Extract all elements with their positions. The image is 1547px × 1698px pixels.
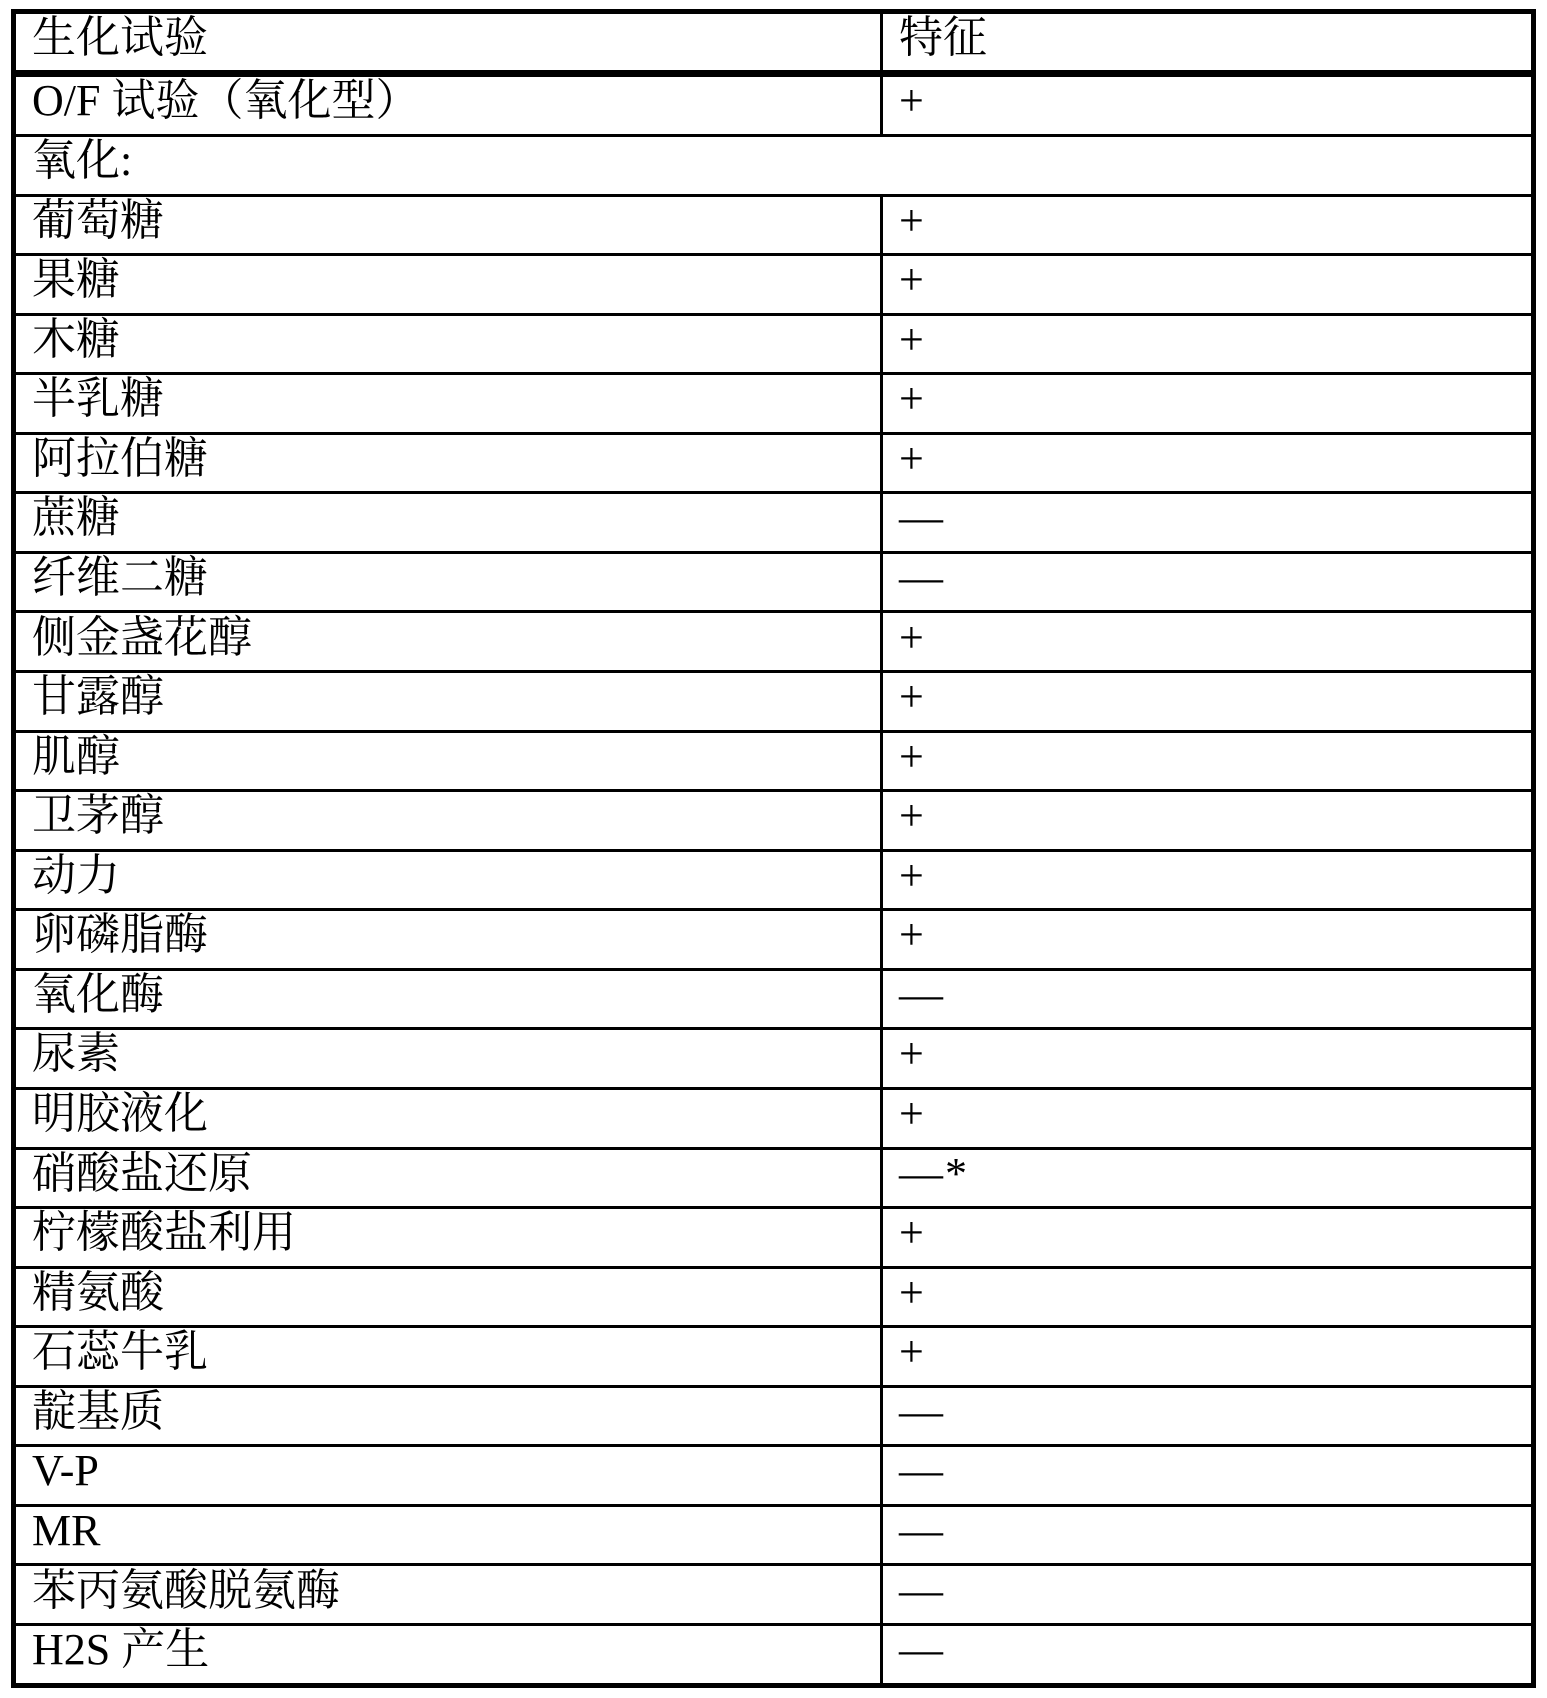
- test-name-cell: 精氨酸: [14, 1267, 882, 1327]
- biochemical-test-table: 生化试验 特征 O/F 试验（氧化型）+氧化:葡萄糖+果糖+木糖+半乳糖+阿拉伯…: [11, 9, 1536, 1688]
- table-row: 肌醇+: [14, 731, 1534, 791]
- test-name-cell: 半乳糖: [14, 374, 882, 434]
- table-row: 半乳糖+: [14, 374, 1534, 434]
- result-value-cell: —: [882, 1625, 1534, 1686]
- table-row: 石蕊牛乳+: [14, 1327, 1534, 1387]
- result-value-cell: +: [882, 672, 1534, 732]
- test-name-cell: 甘露醇: [14, 672, 882, 732]
- test-name-cell: H2S 产生: [14, 1625, 882, 1686]
- result-value-cell: +: [882, 1327, 1534, 1387]
- result-value-cell: +: [882, 1267, 1534, 1327]
- table-row: H2S 产生—: [14, 1625, 1534, 1686]
- table-body: O/F 试验（氧化型）+氧化:葡萄糖+果糖+木糖+半乳糖+阿拉伯糖+蔗糖—纤维二…: [14, 74, 1534, 1686]
- document-page: 生化试验 特征 O/F 试验（氧化型）+氧化:葡萄糖+果糖+木糖+半乳糖+阿拉伯…: [0, 0, 1547, 1698]
- result-value-cell: +: [882, 1029, 1534, 1089]
- test-name-cell: 柠檬酸盐利用: [14, 1208, 882, 1268]
- table-row: 葡萄糖+: [14, 195, 1534, 255]
- section-label-cell: 氧化:: [14, 135, 1534, 195]
- result-value-cell: —: [882, 552, 1534, 612]
- table-row: 果糖+: [14, 255, 1534, 315]
- test-name-cell: 尿素: [14, 1029, 882, 1089]
- table-row: 动力+: [14, 850, 1534, 910]
- table-row: 明胶液化+: [14, 1088, 1534, 1148]
- result-value-cell: +: [882, 255, 1534, 315]
- table-row: 侧金盏花醇+: [14, 612, 1534, 672]
- table-row: 靛基质—: [14, 1386, 1534, 1446]
- test-name-cell: 木糖: [14, 314, 882, 374]
- test-name-cell: 阿拉伯糖: [14, 433, 882, 493]
- table-row: 柠檬酸盐利用+: [14, 1208, 1534, 1268]
- table-row: MR—: [14, 1505, 1534, 1565]
- test-name-cell: 蔗糖: [14, 493, 882, 553]
- test-name-cell: 卫茅醇: [14, 791, 882, 851]
- result-value-cell: +: [882, 850, 1534, 910]
- result-value-cell: +: [882, 195, 1534, 255]
- test-name-cell: 葡萄糖: [14, 195, 882, 255]
- header-cell-result: 特征: [882, 12, 1534, 74]
- result-value-cell: —*: [882, 1148, 1534, 1208]
- table-row: 氧化酶—: [14, 969, 1534, 1029]
- table-row: 纤维二糖—: [14, 552, 1534, 612]
- test-name-cell: 靛基质: [14, 1386, 882, 1446]
- table-row: 苯丙氨酸脱氨酶—: [14, 1565, 1534, 1625]
- test-name-cell: 硝酸盐还原: [14, 1148, 882, 1208]
- table-row: 硝酸盐还原—*: [14, 1148, 1534, 1208]
- table-row: 卫茅醇+: [14, 791, 1534, 851]
- result-value-cell: +: [882, 791, 1534, 851]
- table-row: 甘露醇+: [14, 672, 1534, 732]
- table-row: V-P—: [14, 1446, 1534, 1506]
- result-value-cell: +: [882, 374, 1534, 434]
- test-name-cell: O/F 试验（氧化型）: [14, 74, 882, 136]
- result-value-cell: —: [882, 1446, 1534, 1506]
- test-name-cell: 卵磷脂酶: [14, 910, 882, 970]
- result-value-cell: +: [882, 74, 1534, 136]
- test-name-cell: 侧金盏花醇: [14, 612, 882, 672]
- result-value-cell: +: [882, 910, 1534, 970]
- test-name-cell: 纤维二糖: [14, 552, 882, 612]
- result-value-cell: —: [882, 1386, 1534, 1446]
- table-row: 精氨酸+: [14, 1267, 1534, 1327]
- result-value-cell: —: [882, 1505, 1534, 1565]
- test-name-cell: 明胶液化: [14, 1088, 882, 1148]
- test-name-cell: V-P: [14, 1446, 882, 1506]
- result-value-cell: +: [882, 1088, 1534, 1148]
- test-name-cell: 氧化酶: [14, 969, 882, 1029]
- result-value-cell: —: [882, 1565, 1534, 1625]
- table-header-row: 生化试验 特征: [14, 12, 1534, 74]
- header-cell-test: 生化试验: [14, 12, 882, 74]
- result-value-cell: +: [882, 731, 1534, 791]
- table-row: O/F 试验（氧化型）+: [14, 74, 1534, 136]
- table-row: 卵磷脂酶+: [14, 910, 1534, 970]
- result-value-cell: +: [882, 314, 1534, 374]
- result-value-cell: —: [882, 969, 1534, 1029]
- table-row: 尿素+: [14, 1029, 1534, 1089]
- table-row: 蔗糖—: [14, 493, 1534, 553]
- table-row: 阿拉伯糖+: [14, 433, 1534, 493]
- test-name-cell: 肌醇: [14, 731, 882, 791]
- result-value-cell: +: [882, 1208, 1534, 1268]
- test-name-cell: 动力: [14, 850, 882, 910]
- result-value-cell: +: [882, 433, 1534, 493]
- test-name-cell: 果糖: [14, 255, 882, 315]
- test-name-cell: MR: [14, 1505, 882, 1565]
- test-name-cell: 苯丙氨酸脱氨酶: [14, 1565, 882, 1625]
- result-value-cell: —: [882, 493, 1534, 553]
- table-row: 木糖+: [14, 314, 1534, 374]
- test-name-cell: 石蕊牛乳: [14, 1327, 882, 1387]
- table-row: 氧化:: [14, 135, 1534, 195]
- result-value-cell: +: [882, 612, 1534, 672]
